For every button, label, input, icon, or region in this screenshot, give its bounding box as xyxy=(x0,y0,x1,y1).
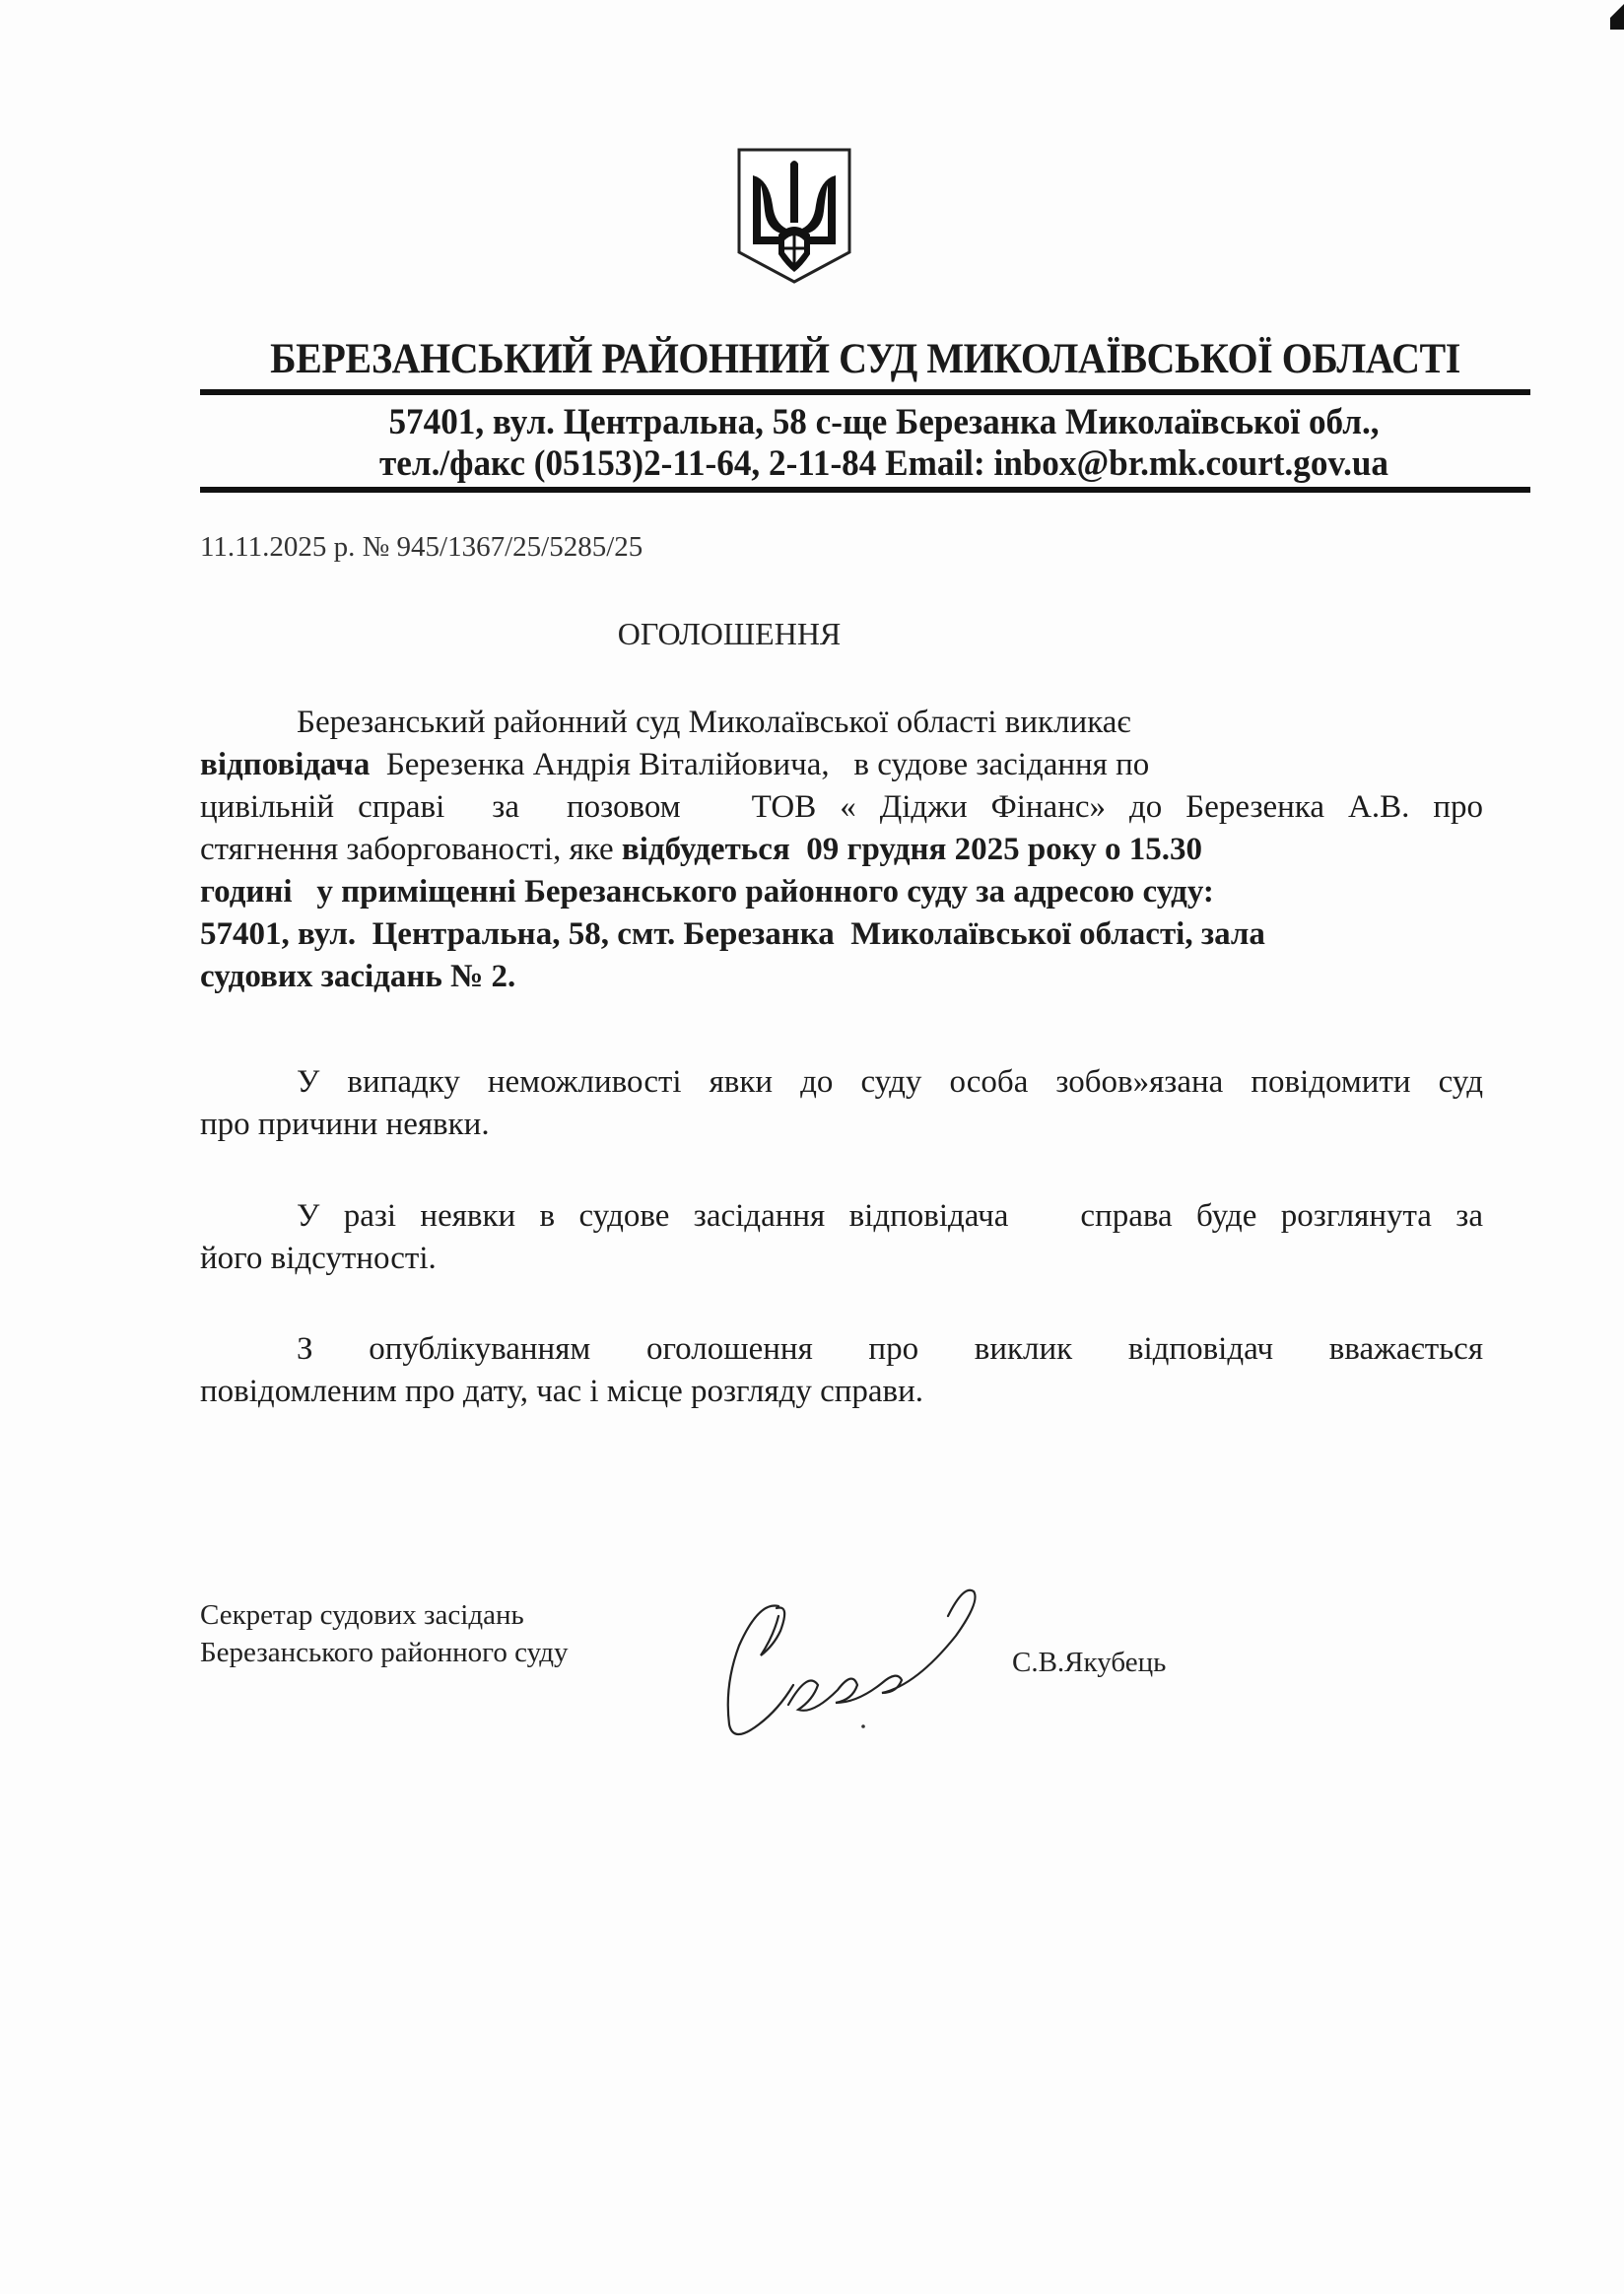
para1-line1: Березанський районний суд Миколаївської … xyxy=(200,702,1483,744)
header-rule-bottom xyxy=(200,487,1530,493)
para1-line2: відповідача Березенка Андрія Віталійович… xyxy=(200,744,1483,786)
handwritten-signature-icon xyxy=(719,1577,1025,1749)
court-name-heading: БЕРЕЗАНСЬКИЙ РАЙОННИЙ СУД МИКОЛАЇВСЬКОЇ … xyxy=(246,335,1484,384)
para1-line6: 57401, вул. Центральна, 58, смт. Березан… xyxy=(200,913,1483,956)
signer-name: С.В.Якубець xyxy=(1012,1644,1166,1681)
court-contacts: тел./факс (05153)2-11-64, 2-11-84 Email:… xyxy=(234,441,1498,487)
signer-position: Секретар судових засідань Березанського … xyxy=(200,1596,569,1671)
para1-line3: цивільній справі за позовом ТОВ « Діджи … xyxy=(200,786,1483,829)
defendant-label: відповідача xyxy=(200,747,370,782)
paragraph-publication-notice: З опублікуванням оголошення про виклик в… xyxy=(200,1328,1483,1413)
para1-line4: стягнення заборгованості, яке відбудетьс… xyxy=(200,829,1483,871)
para4-line2: повідомленим про дату, час і місце розгл… xyxy=(200,1371,1483,1413)
coat-of-arms-icon xyxy=(735,146,853,286)
paragraph-default-hearing: У разі неявки в судове засідання відпові… xyxy=(200,1195,1483,1280)
para3-line1: У разі неявки в судове засідання відпові… xyxy=(200,1195,1483,1238)
header-rule-top xyxy=(200,389,1530,395)
courtroom: судових засідань № 2. xyxy=(200,959,515,994)
para3-line2: його відсутності. xyxy=(200,1238,1483,1280)
scan-corner-artifact xyxy=(1610,0,1624,30)
court-address: 57401, вул. Центральна, 58 с-ще Березанк… xyxy=(234,400,1498,445)
document-title: ОГОЛОШЕННЯ xyxy=(0,614,1458,653)
paragraph-absence-notice: У випадку неможливості явки до суду особ… xyxy=(200,1061,1483,1146)
hearing-date: відбудеться 09 грудня 2025 року о 15.30 xyxy=(622,832,1202,867)
para2-line2: про причини неявки. xyxy=(200,1104,1483,1146)
paragraph-summons: Березанський районний суд Миколаївської … xyxy=(200,702,1483,998)
para4-line1: З опублікуванням оголошення про виклик в… xyxy=(200,1328,1483,1371)
para1-line5: годині у приміщенні Березанського районн… xyxy=(200,871,1483,913)
para2-line1: У випадку неможливості явки до суду особ… xyxy=(200,1061,1483,1104)
hearing-address: 57401, вул. Центральна, 58, смт. Березан… xyxy=(200,916,1265,952)
para1-line7: судових засідань № 2. xyxy=(200,956,1483,998)
document-reference: 11.11.2025 р. № 945/1367/25/5285/25 xyxy=(200,529,643,565)
